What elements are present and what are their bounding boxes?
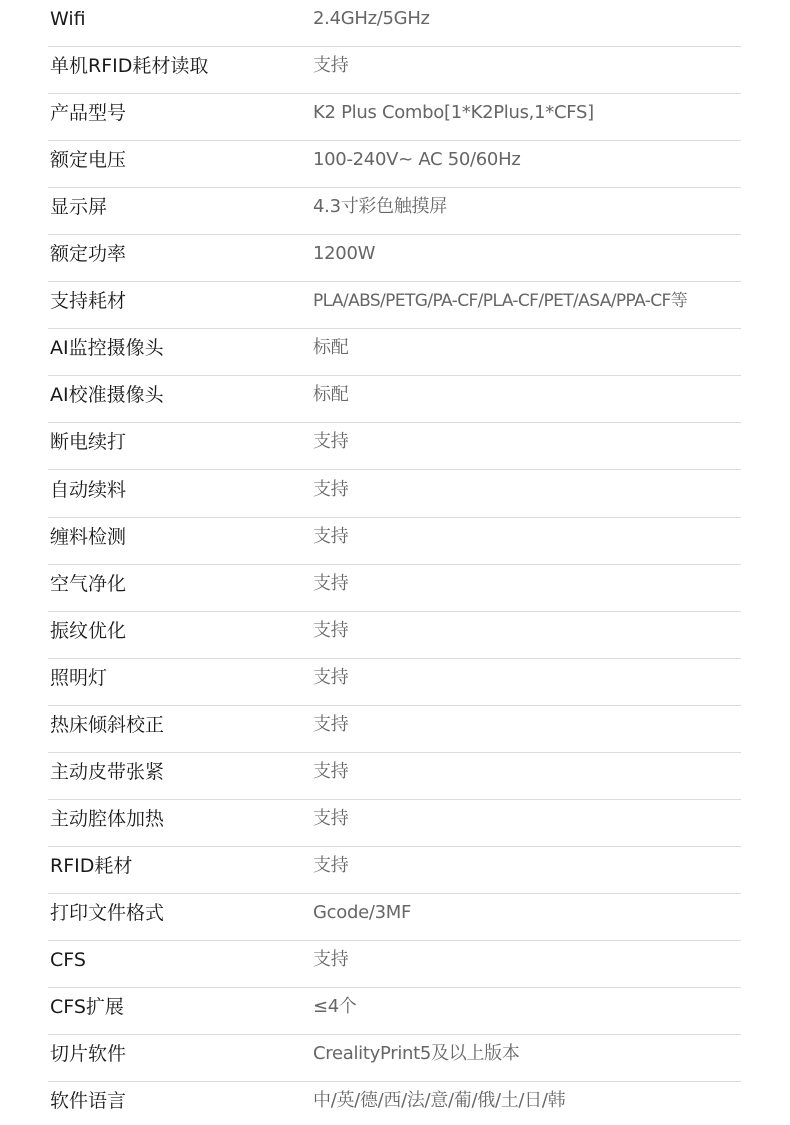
spec-row: CFS 支持 [0,941,790,988]
spec-key: Wifi [50,0,86,38]
spec-value: 100-240V~ AC 50/60Hz [313,141,520,179]
spec-key: AI校准摄像头 [50,376,164,414]
spec-row: Wifi 2.4GHz/5GHz [0,0,790,47]
spec-key: 热床倾斜校正 [50,706,164,744]
spec-row: 打印文件格式 Gcode/3MF [0,894,790,941]
spec-value: 支持 [313,800,348,838]
spec-key: 支持耗材 [50,282,126,320]
spec-value: 中/英/德/西/法/意/葡/俄/土/日/韩 [313,1082,565,1120]
spec-row: CFS扩展 ≤4个 [0,988,790,1035]
spec-key: 振纹优化 [50,612,126,650]
spec-row: 空气净化 支持 [0,565,790,612]
spec-key: 额定功率 [50,235,126,273]
spec-row: 切片软件 CrealityPrint5及以上版本 [0,1035,790,1082]
spec-key: 单机RFID耗材读取 [50,47,208,85]
spec-row: 振纹优化 支持 [0,612,790,659]
spec-key: 额定电压 [50,141,126,179]
spec-key: CFS [50,941,86,979]
spec-row: 支持耗材 PLA/ABS/PETG/PA-CF/PLA-CF/PET/ASA/P… [0,282,790,329]
spec-value: 支持 [313,518,348,556]
spec-key: 切片软件 [50,1035,126,1073]
spec-value: 标配 [313,329,348,367]
spec-key: CFS扩展 [50,988,124,1026]
spec-value: 支持 [313,565,348,603]
spec-row: RFID耗材 支持 [0,847,790,894]
spec-key: 显示屏 [50,188,107,226]
spec-row: 缠料检测 支持 [0,518,790,565]
spec-row: 额定电压 100-240V~ AC 50/60Hz [0,141,790,188]
spec-key: 缠料检测 [50,518,126,556]
spec-value: 支持 [313,659,348,697]
spec-row: 主动皮带张紧 支持 [0,753,790,800]
spec-value: 标配 [313,376,348,414]
spec-value: 支持 [313,612,348,650]
spec-value: 支持 [313,47,348,85]
spec-key: RFID耗材 [50,847,132,885]
spec-value: CrealityPrint5及以上版本 [313,1035,520,1073]
spec-row: 单机RFID耗材读取 支持 [0,47,790,94]
spec-value: 支持 [313,753,348,791]
spec-key: 主动腔体加热 [50,800,164,838]
spec-key: 打印文件格式 [50,894,164,932]
spec-row: 额定功率 1200W [0,235,790,282]
spec-value: Gcode/3MF [313,894,411,932]
spec-value: 4.3寸彩色触摸屏 [313,188,447,226]
spec-value: 支持 [313,706,348,744]
spec-value: 1200W [313,235,375,273]
spec-value: 支持 [313,471,348,509]
spec-row: 产品型号 K2 Plus Combo[1*K2Plus,1*CFS] [0,94,790,141]
spec-value: 支持 [313,847,348,885]
spec-value: PLA/ABS/PETG/PA-CF/PLA-CF/PET/ASA/PPA-CF… [313,282,687,320]
spec-row: 自动续料 支持 [0,471,790,518]
spec-value: 2.4GHz/5GHz [313,0,430,38]
spec-value: ≤4个 [313,988,357,1026]
spec-row: 主动腔体加热 支持 [0,800,790,847]
spec-row: 热床倾斜校正 支持 [0,706,790,753]
spec-key: 空气净化 [50,565,126,603]
spec-key: AI监控摄像头 [50,329,164,367]
spec-key: 断电续打 [50,423,126,461]
spec-row: 软件语言 中/英/德/西/法/意/葡/俄/土/日/韩 [0,1082,790,1125]
spec-key: 产品型号 [50,94,126,132]
spec-row: AI校准摄像头 标配 [0,376,790,423]
spec-row: 照明灯 支持 [0,659,790,706]
spec-row: 显示屏 4.3寸彩色触摸屏 [0,188,790,235]
spec-value: 支持 [313,423,348,461]
spec-key: 照明灯 [50,659,107,697]
spec-value: K2 Plus Combo[1*K2Plus,1*CFS] [313,94,594,132]
spec-key: 主动皮带张紧 [50,753,164,791]
spec-value: 支持 [313,941,348,979]
spec-row: 断电续打 支持 [0,423,790,470]
spec-key: 自动续料 [50,471,126,509]
spec-key: 软件语言 [50,1082,126,1120]
spec-row: AI监控摄像头 标配 [0,329,790,376]
